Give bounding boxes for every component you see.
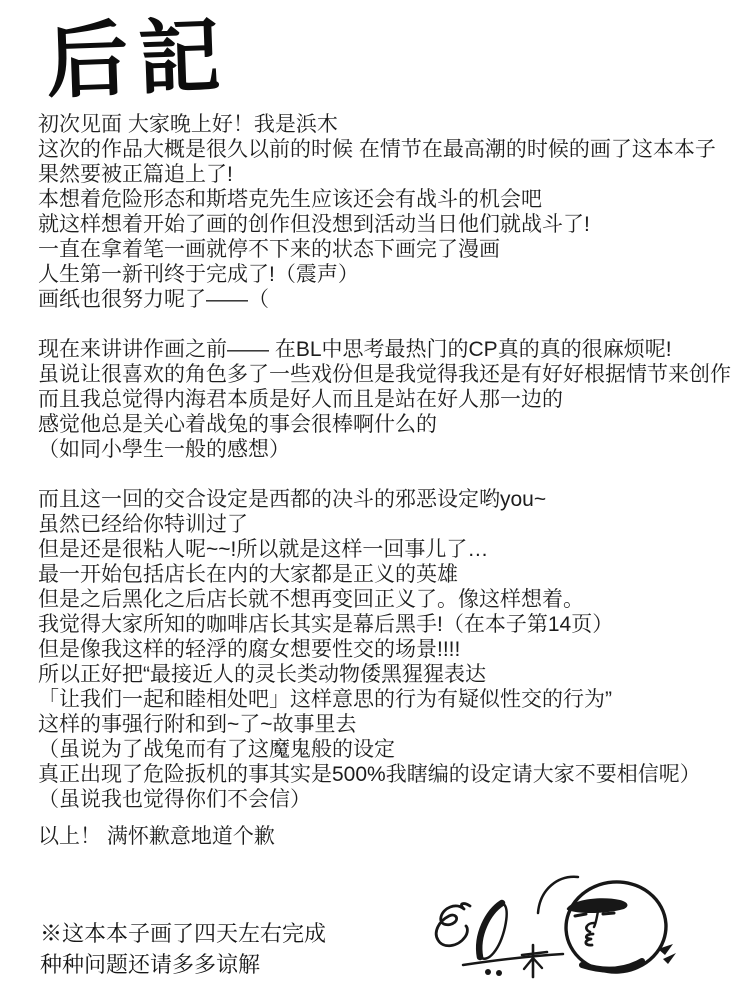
paragraph-setting-notes: 而且这一回的交合设定是西都的决斗的邪恶设定哟you~ 虽然已经给你特训过了 但是… — [38, 487, 732, 812]
signature-doodle — [430, 865, 732, 994]
text-line: 而且这一回的交合设定是西都的决斗的邪恶设定哟you~ — [38, 487, 732, 512]
closing-line: 以上！ 满怀歉意地道个歉 — [38, 824, 732, 849]
footnote-line: ※这本本子画了四天左右完成 — [40, 918, 326, 949]
paragraph-about-drawing: 现在来讲讲作画之前—— 在BL中思考最热门的CP真的真的很麻烦呢! 虽说让很喜欢… — [38, 337, 732, 462]
text-line: 我觉得大家所知的咖啡店长其实是幕后黑手!（在本子第14页） — [38, 612, 732, 637]
text-line: （如同小學生一般的感想） — [38, 437, 732, 462]
face-doodle — [538, 877, 676, 976]
text-line: 就这样想着开始了画的创作但没想到活动当日他们就战斗了! — [38, 212, 732, 237]
afterword-body: 初次见面 大家晚上好！我是浜木 这次的作品大概是很久以前的时候 在情节在最高潮的… — [38, 112, 732, 849]
text-line: 一直在拿着笔一画就停不下来的状态下画完了漫画 — [38, 237, 732, 262]
text-line: 现在来讲讲作画之前—— 在BL中思考最热门的CP真的真的很麻烦呢! — [38, 337, 732, 362]
text-line: 但是之后黑化之后店长就不想再变回正义了。像这样想着。 — [38, 587, 732, 612]
text-line: 这次的作品大概是很久以前的时候 在情节在最高潮的时候的画了这本本子 — [38, 137, 732, 162]
text-line: 人生第一新刊终于完成了!（震声） — [38, 262, 732, 287]
text-line: 「让我们一起和睦相处吧」这样意思的行为有疑似性交的行为” — [38, 687, 732, 712]
text-line: 而且我总觉得内海君本质是好人而且是站在好人那一边的 — [38, 387, 732, 412]
page-title: 后記 — [44, 0, 232, 114]
footnote-line: 种种问题还请多多谅解 — [40, 949, 326, 980]
afterword-page: 后記 初次见面 大家晚上好！我是浜木 这次的作品大概是很久以前的时候 在情节在最… — [0, 0, 732, 994]
text-line: 感觉他总是关心着战兔的事会很棒啊什么的 — [38, 412, 732, 437]
text-line: 果然要被正篇追上了! — [38, 162, 732, 187]
footnote: ※这本本子画了四天左右完成 种种问题还请多多谅解 — [40, 918, 326, 980]
text-line: （虽说为了战兔而有了这魔鬼般的设定 — [38, 737, 732, 762]
text-line: 但是像我这样的轻浮的腐女想要性交的场景!!!! — [38, 637, 732, 662]
text-line: 这样的事强行附和到~了~故事里去 — [38, 712, 732, 737]
signature-script — [436, 903, 563, 977]
text-line: 画纸也很努力呢了——（ — [38, 287, 732, 312]
text-line: 虽说让很喜欢的角色多了一些戏份但是我觉得我还是有好好根据情节来创作的 — [38, 362, 732, 387]
text-line: 但是还是很粘人呢~~!所以就是这样一回事儿了… — [38, 537, 732, 562]
text-line: （虽说我也觉得你们不会信） — [38, 787, 732, 812]
text-line: 所以正好把“最接近人的灵长类动物倭黑猩猩表达 — [38, 662, 732, 687]
text-line: 真正出现了危险扳机的事其实是500%我瞎编的设定请大家不要相信呢） — [38, 762, 732, 787]
text-line: 本想着危险形态和斯塔克先生应该还会有战斗的机会吧 — [38, 187, 732, 212]
paragraph-intro: 初次见面 大家晚上好！我是浜木 这次的作品大概是很久以前的时候 在情节在最高潮的… — [38, 112, 732, 312]
text-line: 初次见面 大家晚上好！我是浜木 — [38, 112, 732, 137]
text-line: 最一开始包括店长在内的大家都是正义的英雄 — [38, 562, 732, 587]
text-line: 虽然已经给你特训过了 — [38, 512, 732, 537]
